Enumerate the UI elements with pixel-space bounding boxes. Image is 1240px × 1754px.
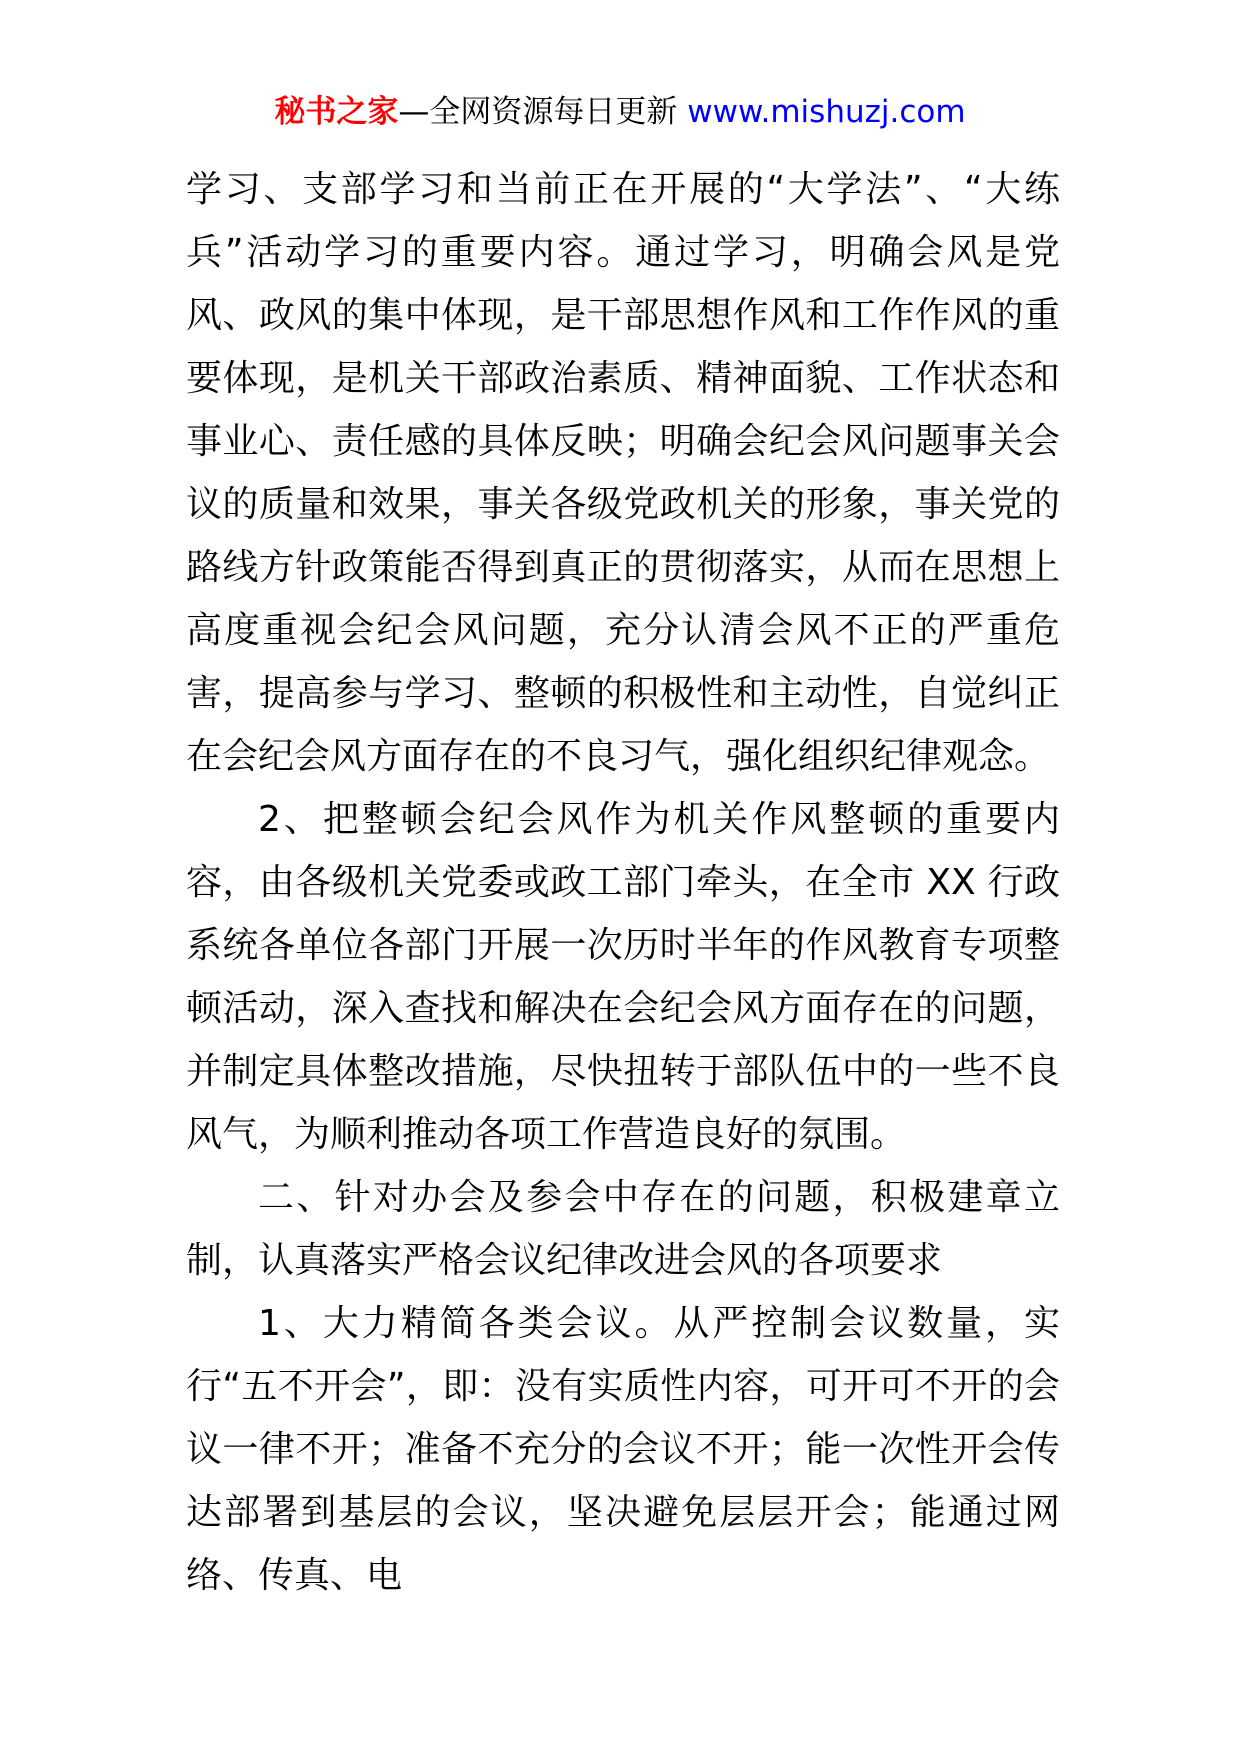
body-paragraph-section-heading: 二、针对办会及参会中存在的问题，积极建章立制，认真落实严格会议纪律改进会风的各项… [186, 1166, 1060, 1292]
header-tagline: 全网资源每日更新 [429, 94, 677, 130]
header-dash: — [398, 94, 429, 130]
page-header: 秘书之家—全网资源每日更新 www.mishuzj.com [0, 0, 1240, 134]
document-body: 学习、支部学习和当前正在开展的“大学法”、“大练兵”活动学习的重要内容。通过学习… [0, 134, 1240, 1607]
document-page: 秘书之家—全网资源每日更新 www.mishuzj.com 学习、支部学习和当前… [0, 0, 1240, 1754]
body-paragraph-continuation: 学习、支部学习和当前正在开展的“大学法”、“大练兵”活动学习的重要内容。通过学习… [186, 158, 1060, 788]
site-url-link[interactable]: www.mishuzj.com [687, 94, 965, 130]
body-paragraph-item-2: 2、把整顿会纪会风作为机关作风整顿的重要内容，由各级机关党委或政工部门牵头，在全… [186, 788, 1060, 1166]
site-brand: 秘书之家 [274, 94, 398, 130]
body-paragraph-item-1: 1、大力精简各类会议。从严控制会议数量，实行“五不开会”，即：没有实质性内容，可… [186, 1292, 1060, 1607]
